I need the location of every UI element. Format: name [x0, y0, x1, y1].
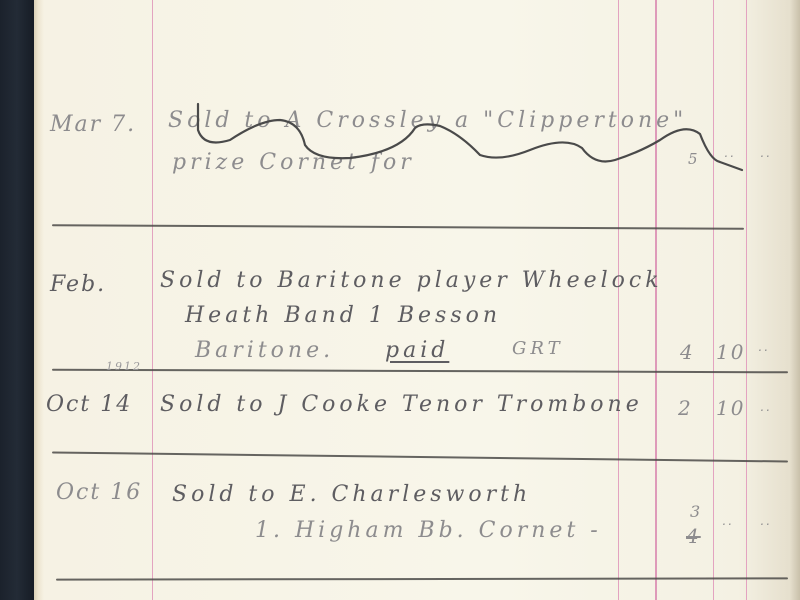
amount-pence: .. [760, 146, 772, 160]
amount-shillings: 10 [716, 340, 745, 364]
amount-shillings: 10 [716, 396, 745, 420]
entry-line: Sold to J Cooke Tenor Trombone [160, 392, 643, 417]
entry-line: Sold to E. Charlesworth [172, 482, 531, 507]
amount-pounds-correction: 3 [690, 502, 702, 521]
margin-rule [152, 0, 153, 600]
column-rule-pounds-left [618, 0, 619, 600]
amount-pence: .. [758, 340, 770, 354]
amount-shillings: .. [722, 514, 734, 528]
initials: GRT [512, 338, 564, 359]
strikethrough-squiggle [190, 100, 750, 180]
ledger-page [34, 0, 800, 600]
amount-pounds: 4 [680, 340, 695, 364]
column-rule-shillings [713, 0, 714, 600]
amount-pence: .. [760, 514, 772, 528]
column-rule-pounds-right [655, 0, 657, 600]
entry-line: Baritone. [195, 338, 334, 363]
amount-pounds: 2 [678, 396, 693, 420]
year-note: 1912 [106, 360, 142, 373]
paid-note: paid [385, 338, 449, 363]
book-binding [0, 0, 34, 600]
ledger-scan: Mar 7. Sold to A Crossley a "Clippertone… [0, 0, 800, 600]
entry-date: Mar 7. [50, 112, 136, 137]
entry-date: Feb. [50, 272, 106, 297]
amount-pounds: 4 [686, 524, 701, 548]
entry-date: Oct 14 [46, 392, 132, 417]
entry-date: Oct 16 [56, 480, 142, 505]
column-rule-pence [746, 0, 747, 600]
entry-line: Sold to Baritone player Wheelock [160, 268, 663, 293]
entry-line: Heath Band 1 Besson [185, 303, 501, 328]
page-edge [790, 0, 800, 600]
entry-line: 1. Higham Bb. Cornet - [255, 518, 602, 543]
amount-pence: .. [760, 400, 772, 414]
